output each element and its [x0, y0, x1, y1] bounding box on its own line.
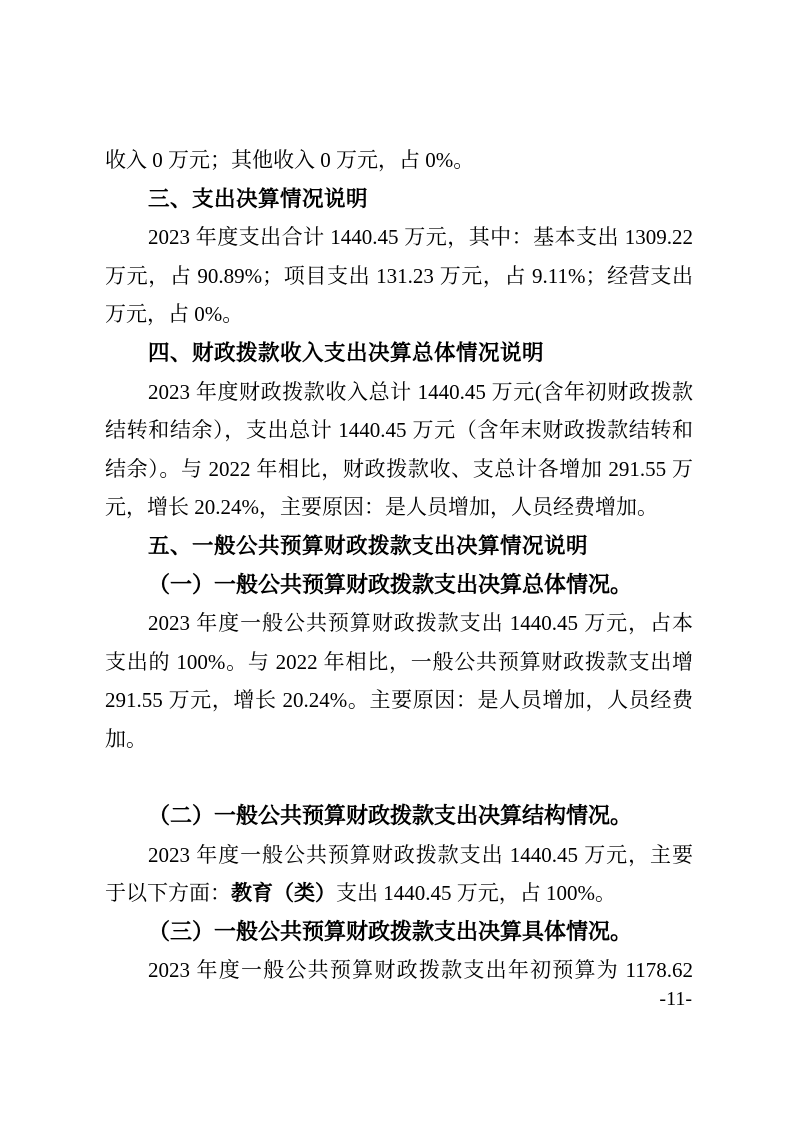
- paragraph-line: 2023 年度一般公共预算财政拨款支出 1440.45 万元，主要用: [105, 836, 693, 875]
- paragraph-line: 291.55 万元，增长 20.24%。主要原因：是人员增加，人员经费增: [105, 681, 693, 720]
- subsection-heading: （三）一般公共预算财政拨款支出决算具体情况。: [105, 913, 693, 952]
- subsection-heading: （一）一般公共预算财政拨款支出决算总体情况。: [105, 566, 693, 605]
- page-number: -11-: [659, 988, 692, 1011]
- text-segment: 于以下方面：: [105, 881, 231, 905]
- paragraph-line: 支出的 100%。与 2022 年相比，一般公共预算财政拨款支出增加: [105, 643, 693, 682]
- paragraph-line: 于以下方面：教育（类）支出 1440.45 万元，占 100%。: [105, 874, 693, 913]
- text-segment: 支出 1440.45 万元，占 100%。: [336, 881, 616, 905]
- document-body: 收入 0 万元；其他收入 0 万元，占 0%。三、支出决算情况说明2023 年度…: [105, 141, 693, 990]
- subsection-heading: （二）一般公共预算财政拨款支出决算结构情况。: [105, 797, 693, 836]
- paragraph-line: 万元，占 0%。: [105, 295, 693, 334]
- section-heading: 三、支出决算情况说明: [105, 180, 693, 219]
- blank-line: [105, 759, 693, 798]
- paragraph-line: 加。: [105, 720, 693, 759]
- paragraph-line: 万元，占 90.89%；项目支出 131.23 万元，占 9.11%；经营支出 …: [105, 257, 693, 296]
- paragraph-line: 2023 年度一般公共预算财政拨款支出 1440.45 万元，占本年: [105, 604, 693, 643]
- paragraph-line: 收入 0 万元；其他收入 0 万元，占 0%。: [105, 141, 693, 180]
- paragraph-line: 结余）。与 2022 年相比，财政拨款收、支总计各增加 291.55 万: [105, 450, 693, 489]
- emphasis-text: 教育（类）: [231, 881, 336, 905]
- document-page: 收入 0 万元；其他收入 0 万元，占 0%。三、支出决算情况说明2023 年度…: [0, 0, 793, 1122]
- section-heading: 五、一般公共预算财政拨款支出决算情况说明: [105, 527, 693, 566]
- paragraph-line: 结转和结余），支出总计 1440.45 万元（含年末财政拨款结转和: [105, 411, 693, 450]
- section-heading: 四、财政拨款收入支出决算总体情况说明: [105, 334, 693, 373]
- paragraph-line: 2023 年度一般公共预算财政拨款支出年初预算为 1178.62 万: [105, 951, 693, 990]
- paragraph-line: 元，增长 20.24%，主要原因：是人员增加，人员经费增加。: [105, 488, 693, 527]
- paragraph-line: 2023 年度支出合计 1440.45 万元，其中：基本支出 1309.22: [105, 218, 693, 257]
- paragraph-line: 2023 年度财政拨款收入总计 1440.45 万元(含年初财政拨款: [105, 373, 693, 412]
